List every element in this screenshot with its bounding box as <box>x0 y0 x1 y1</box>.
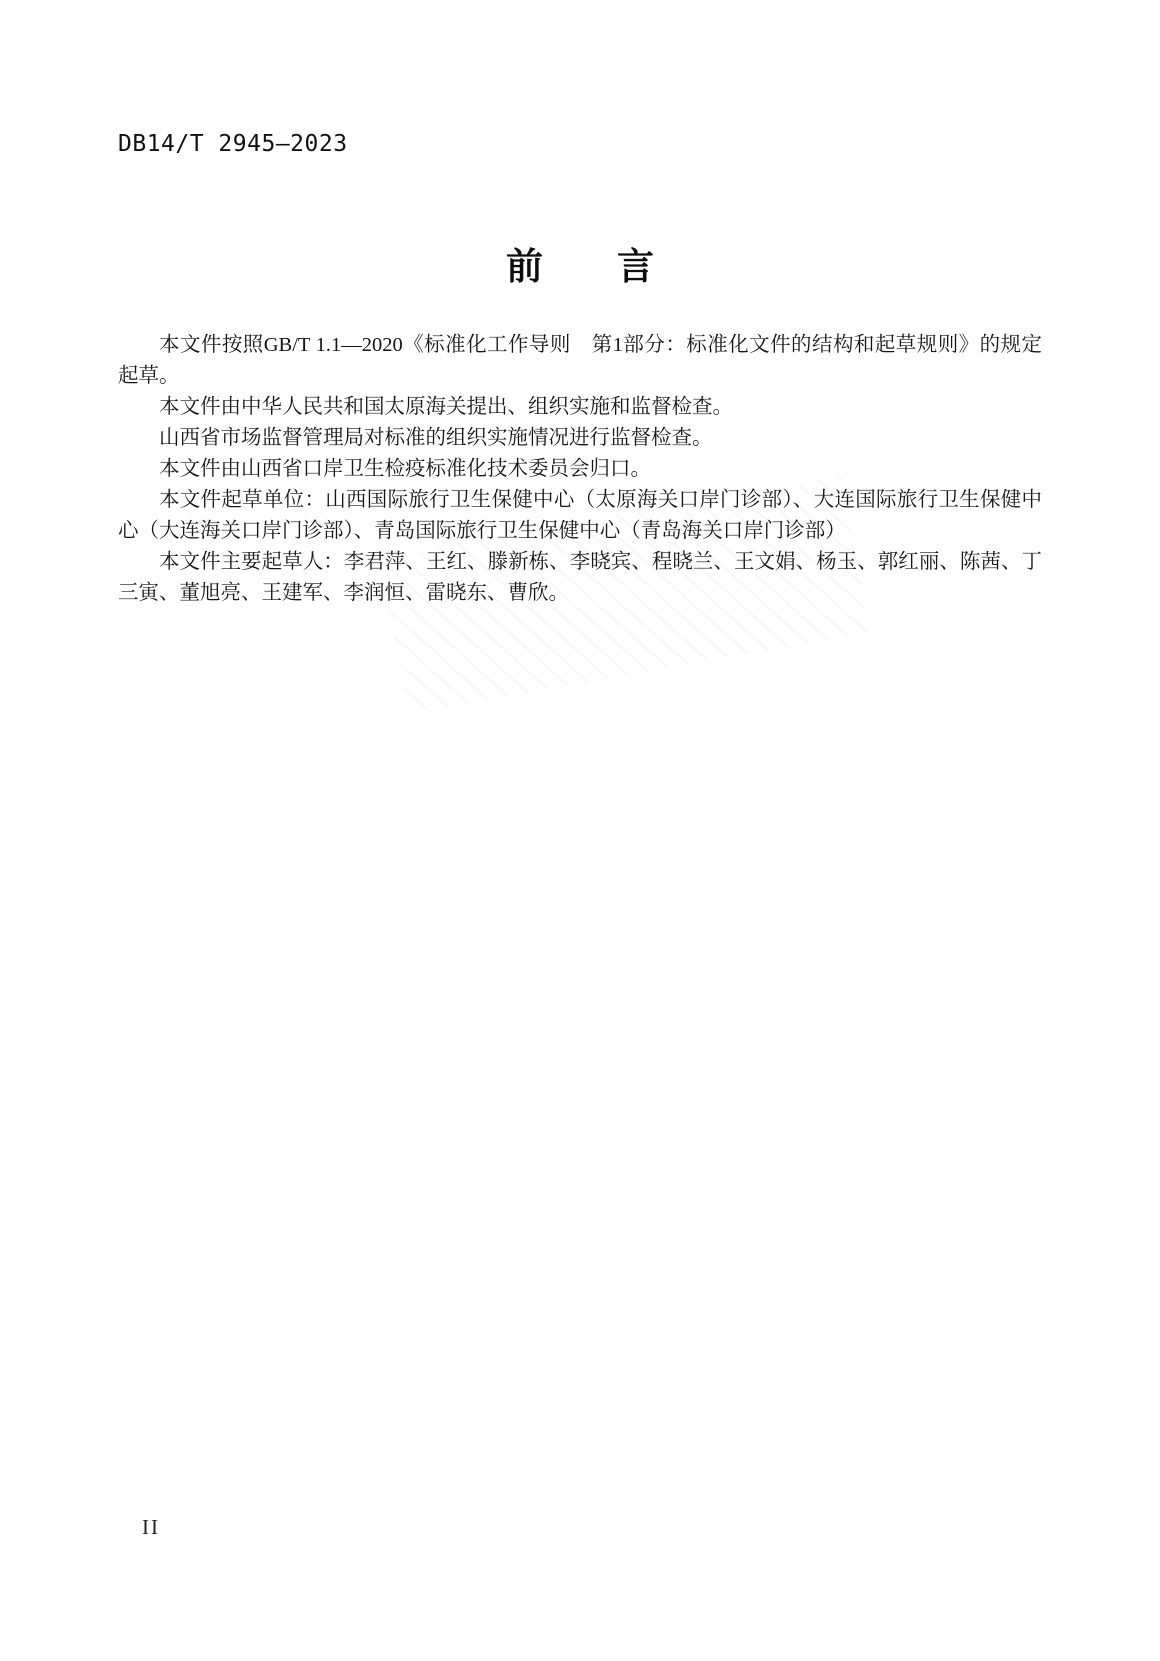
document-page: DB14/T 2945—2023 前 言 本文件按照GB/T 1.1—2020《… <box>0 0 1160 1661</box>
standard-number: DB14/T 2945—2023 <box>118 131 348 157</box>
page-title: 前 言 <box>0 236 1160 290</box>
document-body: 本文件按照GB/T 1.1—2020《标准化工作导则 第1部分：标准化文件的结构… <box>118 330 1042 609</box>
paragraph-supervision: 山西省市场监督管理局对标准的组织实施情况进行监督检查。 <box>118 423 1042 454</box>
paragraph-drafters: 本文件主要起草人：李君萍、王红、滕新栋、李晓宾、程晓兰、王文娟、杨玉、郭红丽、陈… <box>118 547 1042 609</box>
page-number: II <box>142 1515 160 1540</box>
paragraph-proposer: 本文件由中华人民共和国太原海关提出、组织实施和监督检查。 <box>118 392 1042 423</box>
paragraph-centralized-by: 本文件由山西省口岸卫生检疫标准化技术委员会归口。 <box>118 454 1042 485</box>
paragraph-basis: 本文件按照GB/T 1.1—2020《标准化工作导则 第1部分：标准化文件的结构… <box>118 330 1042 392</box>
paragraph-drafting-organizations: 本文件起草单位：山西国际旅行卫生保健中心（太原海关口岸门诊部）、大连国际旅行卫生… <box>118 485 1042 547</box>
